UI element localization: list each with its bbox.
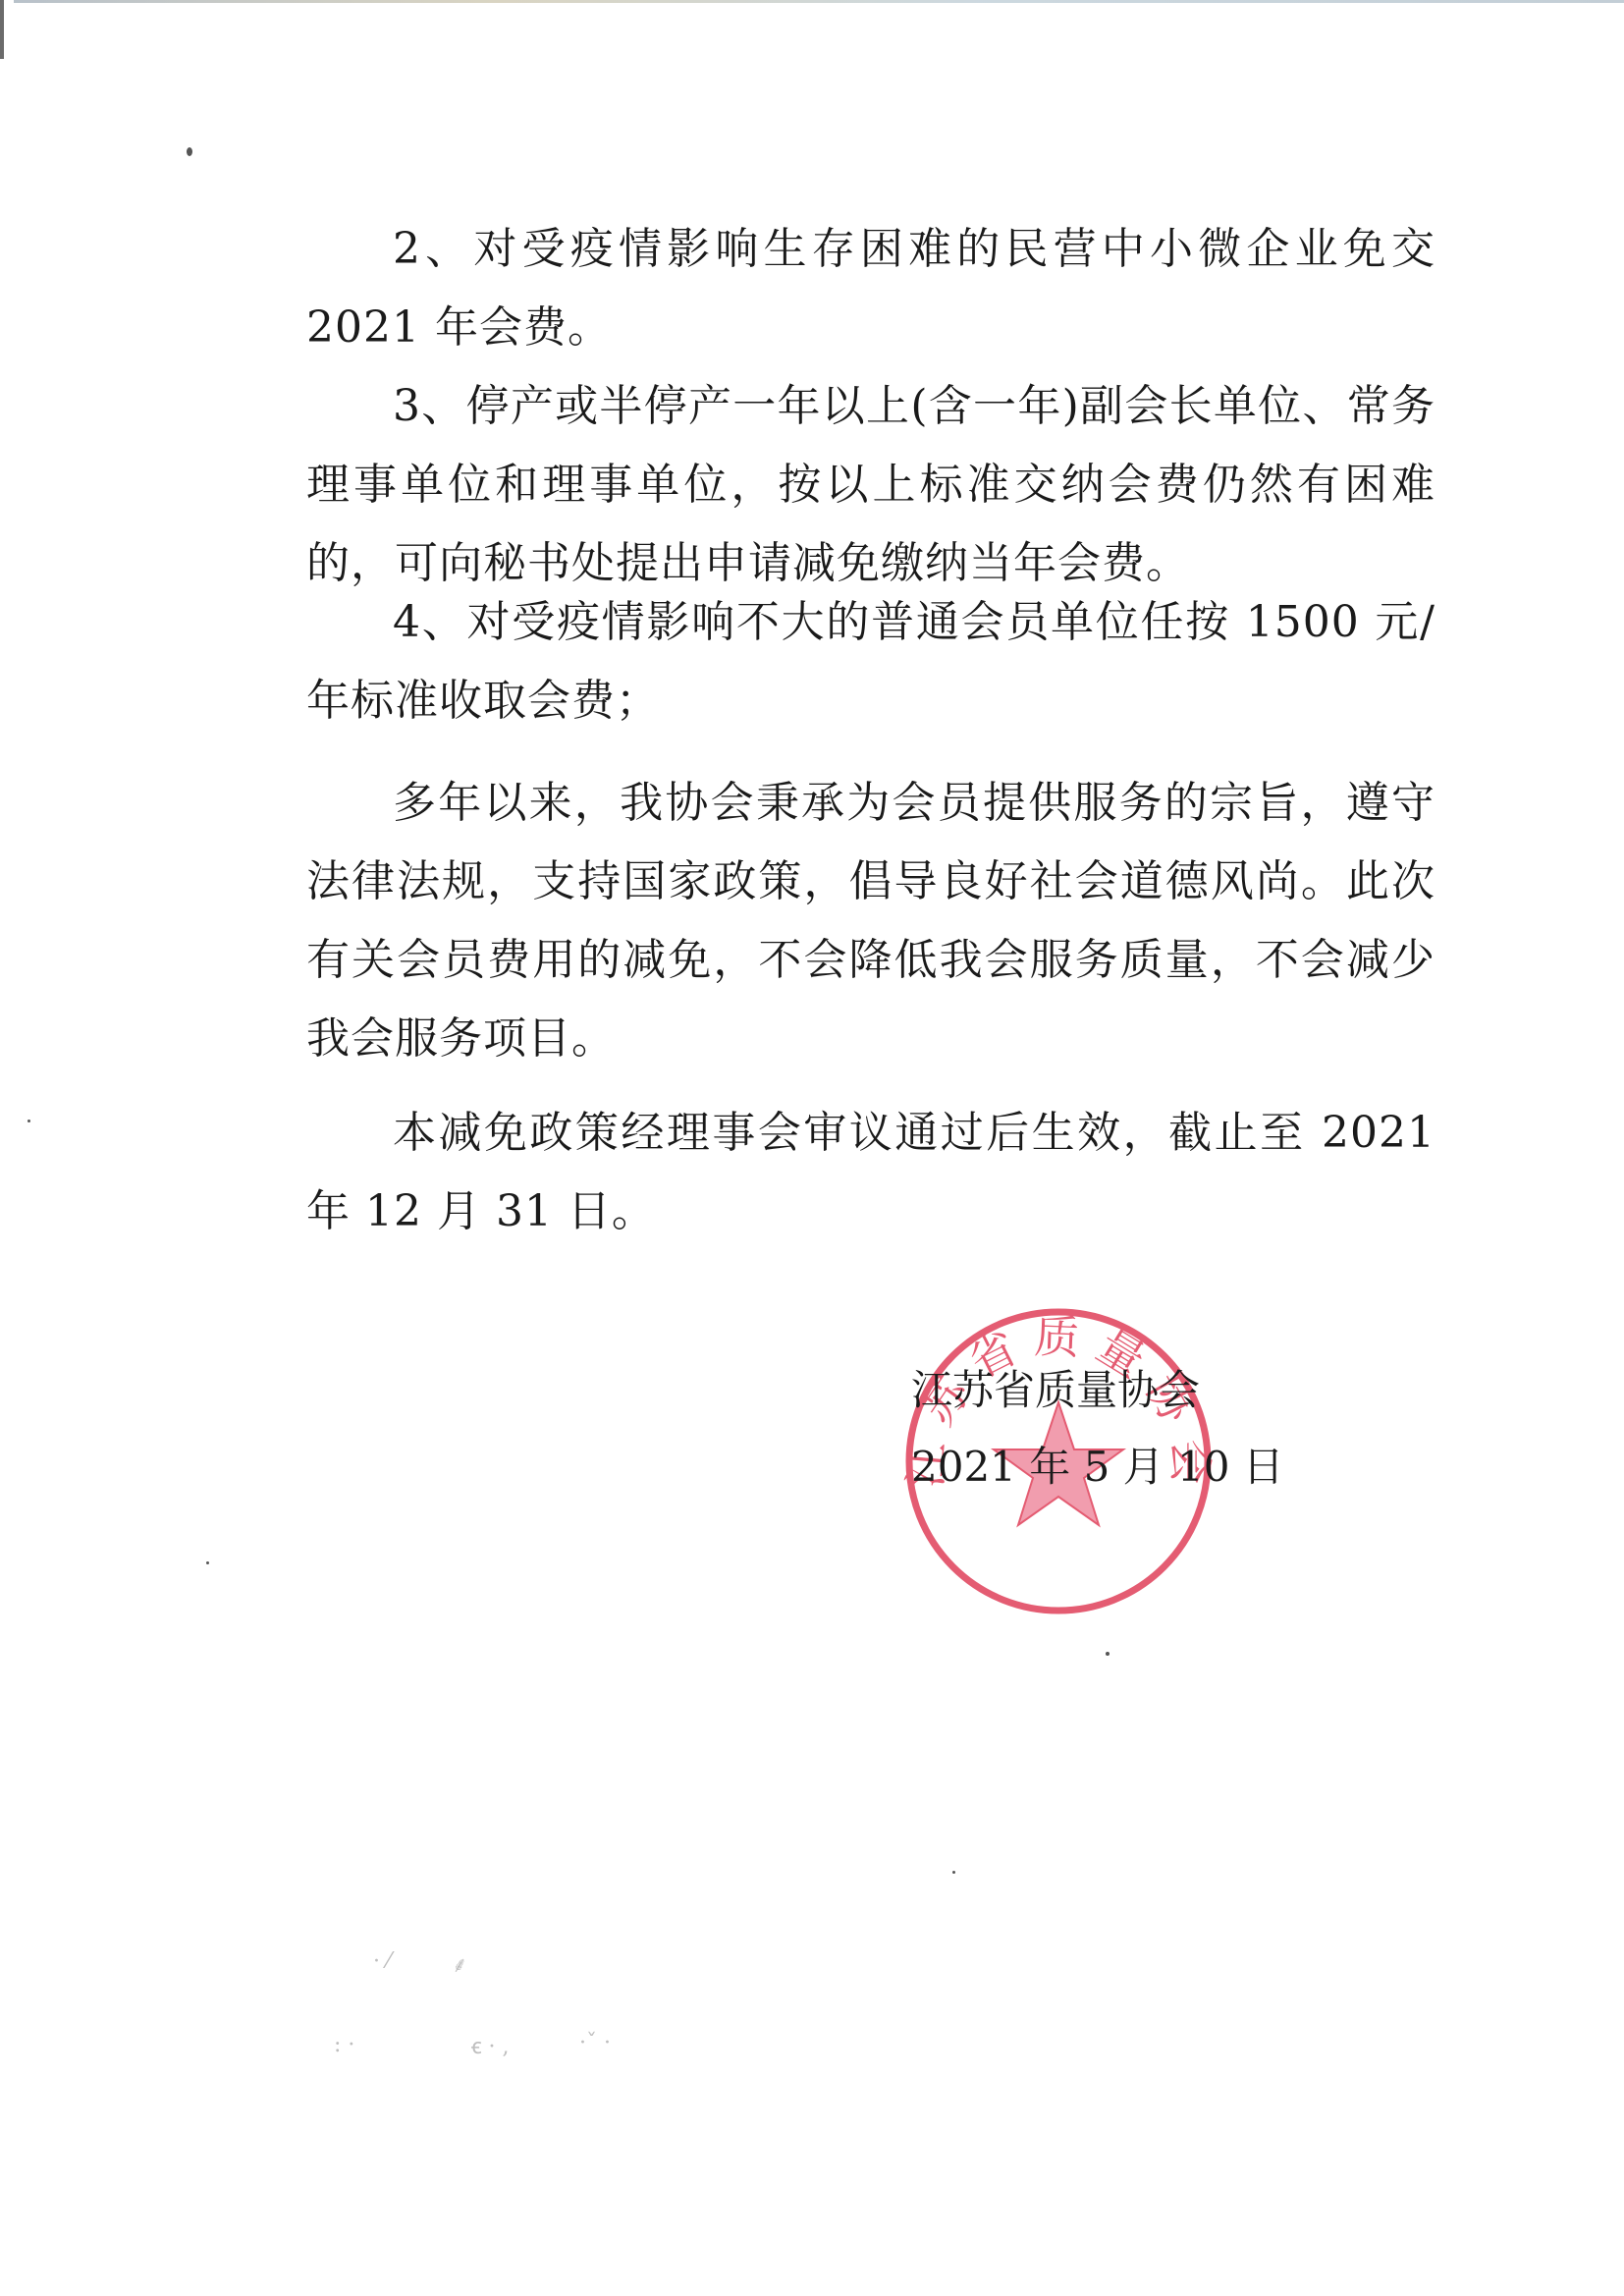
paragraph-item-4: 4、对受疫情影响不大的普通会员单位任按 1500 元/年标准收取会费； [306,583,1435,740]
scan-speck [1106,1652,1110,1656]
scan-edge-left [0,0,4,59]
paragraph-commitment: 多年以来，我协会秉承为会员提供服务的宗旨，遵守法律法规，支持国家政策，倡导良好社… [306,764,1435,1078]
signature-organization: 江苏省质量协会 [911,1353,1200,1428]
paragraph-effective-date: 本减免政策经理事会审议通过后生效，截止至 2021 年 12 月 31 日。 [306,1094,1435,1251]
paragraph-item-3: 3、停产或半停产一年以上(含一年)副会长单位、常务理事单位和理事单位，按以上标准… [306,367,1435,603]
paragraph-item-2: 2、对受疫情影响生存困难的民营中小微企业免交 2021 年会费。 [306,210,1435,367]
scan-speck [952,1871,955,1874]
scan-speck [187,147,192,156]
scan-edge-top [14,0,1624,3]
signature-date: 2021 年 5 月 10 日 [911,1430,1284,1504]
scan-artifact: : · [334,2033,354,2057]
scan-artifact: ·ˇ · [579,2031,611,2055]
scan-artifact: ꞓ · , [471,2031,510,2060]
scan-artifact: ⸙ [452,1949,468,1979]
scan-artifact: · ⁄ [373,1949,391,1974]
scan-speck [206,1561,209,1564]
scan-speck [27,1120,30,1122]
